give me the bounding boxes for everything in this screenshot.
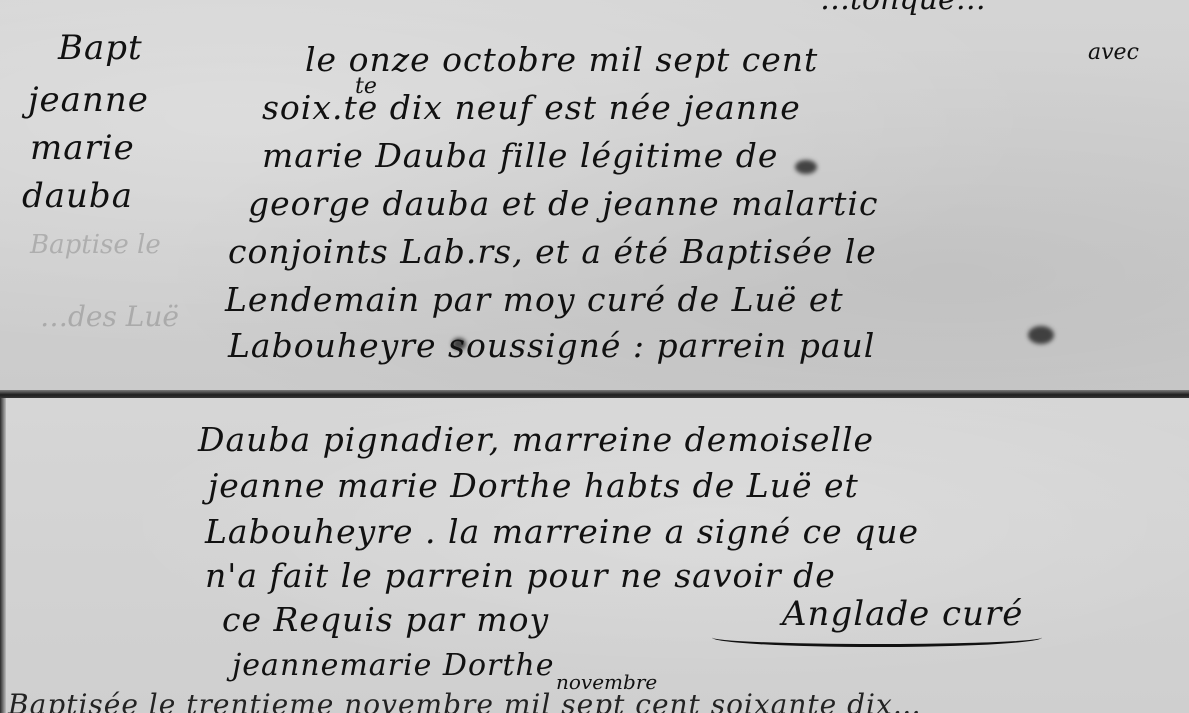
entry-line: Labouheyre . la marreine a signé ce que <box>205 512 919 551</box>
ink-blot <box>795 160 817 174</box>
entry-line: le onze octobre mil sept cent <box>305 40 818 79</box>
entry-line: Lendemain par moy curé de Luë et <box>225 280 844 319</box>
entry-line: ce Requis par moy <box>222 600 549 639</box>
previous-entry-fragment: …tonque… <box>820 0 986 17</box>
margin-note-line: marie <box>30 128 135 168</box>
next-entry-partial: Baptisée le trentieme novembre mil sept … <box>8 688 922 713</box>
ink-blot <box>452 338 466 350</box>
page-left-edge <box>0 398 6 713</box>
entry-line: soix.te dix neuf est née jeanne <box>262 88 801 127</box>
ink-blot <box>1028 326 1054 344</box>
entry-line: jeanne marie Dorthe habts de Luë et <box>208 466 859 505</box>
bleed-through-text: …des Luë <box>40 300 179 333</box>
margin-note-line: dauba <box>22 176 133 216</box>
entry-line: n'a fait le parrein pour ne savoir de <box>205 556 836 595</box>
entry-line: marie Dauba fille légitime de <box>262 136 778 175</box>
bleed-through-text: Baptise le <box>30 230 161 260</box>
signature-flourish <box>712 628 1042 647</box>
register-page-bottom: Dauba pignadier, marreine demoiselle jea… <box>0 398 1189 713</box>
entry-line: conjoints Lab.rs, et a été Baptisée le <box>228 232 877 271</box>
register-page-top: Baptise le …des Luë …tonque… Bapt jeanne… <box>0 0 1189 392</box>
entry-line: Labouheyre soussigné : parrein paul <box>228 326 875 365</box>
margin-note-line: jeanne <box>28 80 149 120</box>
superscript-insert: avec <box>1088 40 1139 65</box>
entry-line: Dauba pignadier, marreine demoiselle <box>198 420 874 459</box>
godmother-signature: jeannemarie Dorthe <box>232 648 554 683</box>
entry-line: george dauba et de jeanne malartic <box>248 184 878 223</box>
margin-note-line: Bapt <box>58 28 143 68</box>
